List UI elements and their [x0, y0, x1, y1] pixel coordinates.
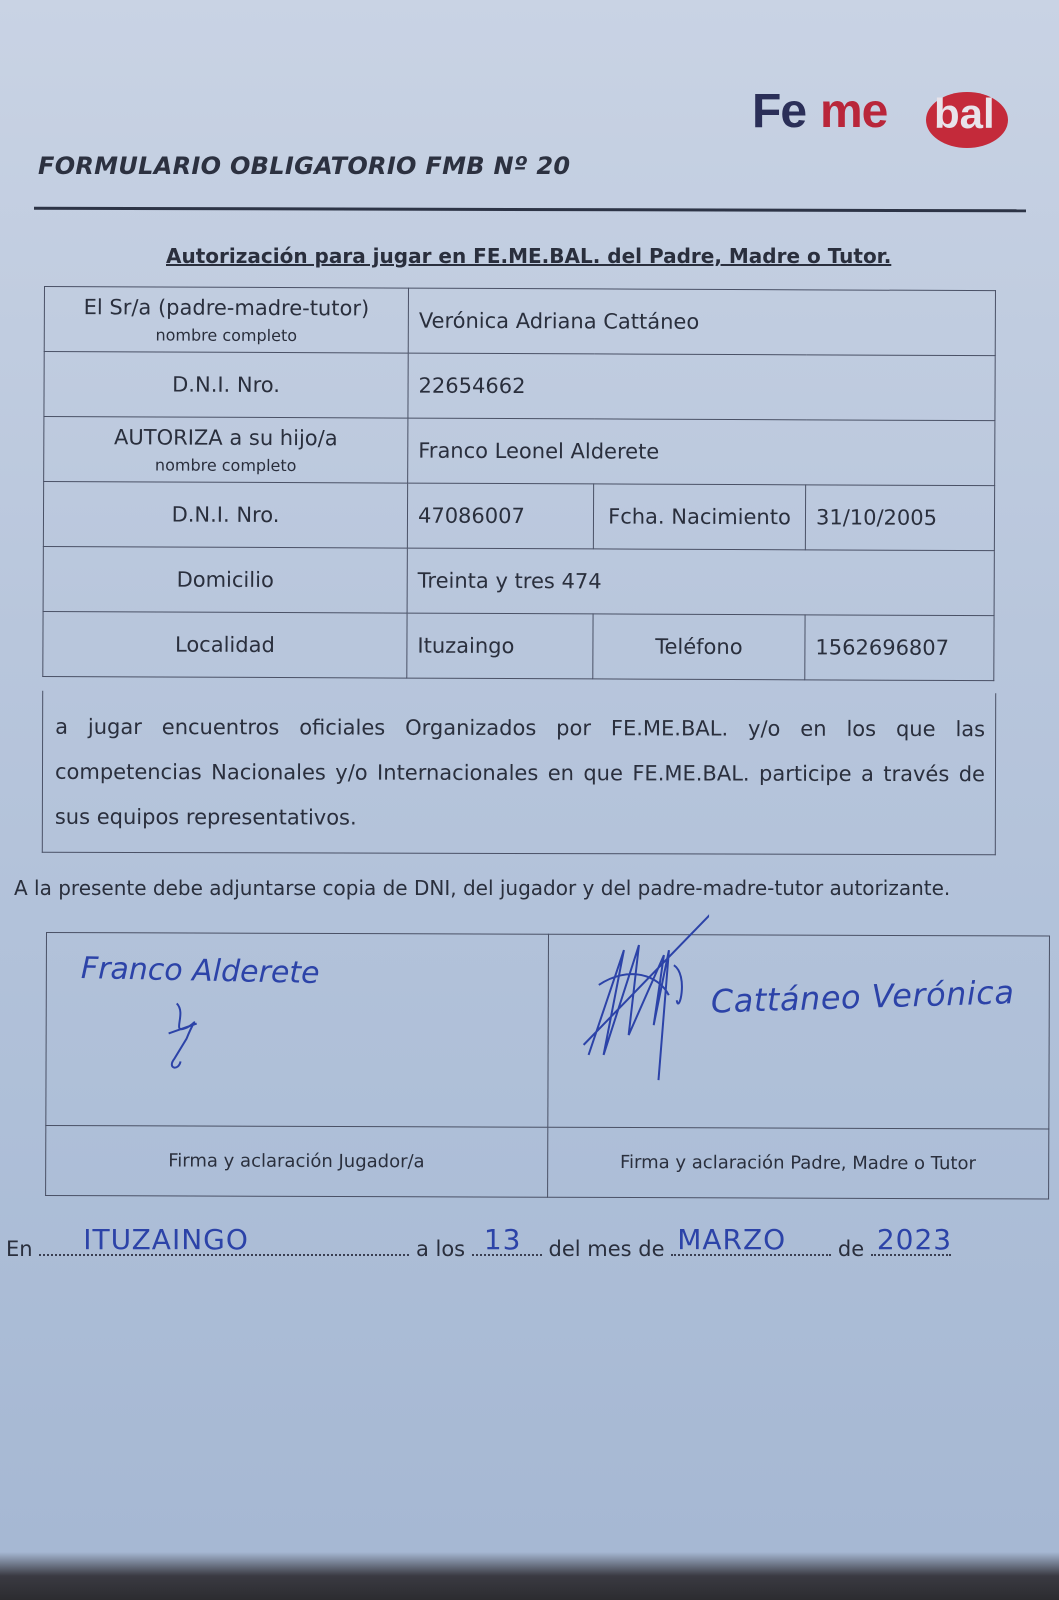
logo-text-me: me — [820, 84, 887, 139]
month-value: MARZO — [677, 1223, 786, 1256]
place-value: ITUZAINGO — [83, 1223, 249, 1256]
phone-field[interactable]: 1562696807 — [805, 615, 994, 681]
authorization-table: El Sr/a (padre-madre-tutor) nombre compl… — [42, 286, 996, 681]
header-divider — [34, 207, 1026, 213]
birth-date-field[interactable]: 31/10/2005 — [805, 485, 994, 551]
form-title: FORMULARIO OBLIGATORIO FMB Nº 20 — [38, 152, 570, 180]
locality-row: Localidad Ituzaingo Teléfono 1562696807 — [43, 611, 994, 680]
child-label-cell: AUTORIZA a su hijo/a nombre completo — [44, 417, 408, 484]
femebal-logo: Fe me bal — [752, 84, 1012, 150]
child-dni-field[interactable]: 47086007 — [407, 483, 593, 549]
place-date-line: En ITUZAINGO a los 13 del mes de MARZO d… — [6, 1236, 951, 1261]
guardian-dni-row: D.N.I. Nro. 22654662 — [44, 352, 995, 421]
address-field[interactable]: Treinta y tres 474 — [407, 548, 994, 616]
child-name-row: AUTORIZA a su hijo/a nombre completo Fra… — [44, 417, 995, 486]
player-signature-box[interactable]: Franco Alderete — [46, 933, 548, 1128]
attachment-note: A la presente debe adjuntarse copia de D… — [14, 876, 950, 900]
child-dni-row: D.N.I. Nro. 47086007 Fcha. Nacimiento 31… — [43, 482, 994, 551]
locality-field[interactable]: Ituzaingo — [407, 613, 593, 679]
month-field[interactable]: MARZO — [671, 1236, 831, 1256]
guardian-name-row: El Sr/a (padre-madre-tutor) nombre compl… — [44, 287, 995, 356]
address-row: Domicilio Treinta y tres 474 — [43, 546, 994, 615]
day-field[interactable]: 13 — [472, 1236, 542, 1256]
place-field[interactable]: ITUZAINGO — [39, 1236, 409, 1256]
guardian-dni-field[interactable]: 22654662 — [408, 353, 995, 421]
de-label: de — [838, 1237, 864, 1261]
child-name-field[interactable]: Franco Leonel Alderete — [408, 418, 995, 486]
guardian-sublabel: nombre completo — [55, 325, 398, 345]
child-dni-label: D.N.I. Nro. — [43, 482, 407, 549]
year-value: 2023 — [877, 1223, 952, 1256]
en-label: En — [6, 1237, 33, 1261]
logo-text-fe: Fe — [752, 84, 806, 139]
guardian-signature-caption: Firma y aclaración Padre, Madre o Tutor — [547, 1127, 1049, 1199]
guardian-label-cell: El Sr/a (padre-madre-tutor) nombre compl… — [44, 287, 408, 354]
player-handwritten-name: Franco Alderete — [81, 951, 320, 991]
year-field[interactable]: 2023 — [871, 1236, 951, 1256]
guardian-label: El Sr/a (padre-madre-tutor) — [55, 295, 398, 320]
guardian-dni-label: D.N.I. Nro. — [44, 352, 408, 419]
authorization-text: a jugar encuentros oficiales Organizados… — [42, 691, 996, 855]
phone-label: Teléfono — [593, 614, 805, 680]
locality-label: Localidad — [43, 611, 407, 678]
guardian-name-field[interactable]: Verónica Adriana Cattáneo — [408, 288, 995, 356]
guardian-signature-box[interactable]: Cattáneo Verónica — [547, 934, 1049, 1129]
child-label: AUTORIZA a su hijo/a — [54, 425, 397, 450]
birth-date-label: Fcha. Nacimiento — [593, 484, 805, 550]
day-value: 13 — [484, 1223, 522, 1256]
address-label: Domicilio — [43, 546, 407, 613]
form-subtitle: Autorización para jugar en FE.ME.BAL. de… — [166, 244, 891, 268]
guardian-handwritten-name: Cattáneo Verónica — [710, 973, 1015, 1021]
mes-label: del mes de — [549, 1237, 665, 1261]
signature-table: Franco Alderete Cattáneo Verónica Firma … — [45, 932, 1050, 1200]
player-signature-scribble-icon — [157, 993, 217, 1073]
player-signature-caption: Firma y aclaración Jugador/a — [46, 1126, 548, 1198]
child-sublabel: nombre completo — [54, 455, 397, 475]
guardian-signature-scribble-icon — [568, 905, 709, 1095]
a-los-label: a los — [416, 1237, 465, 1261]
logo-text-bal: bal — [934, 90, 995, 138]
